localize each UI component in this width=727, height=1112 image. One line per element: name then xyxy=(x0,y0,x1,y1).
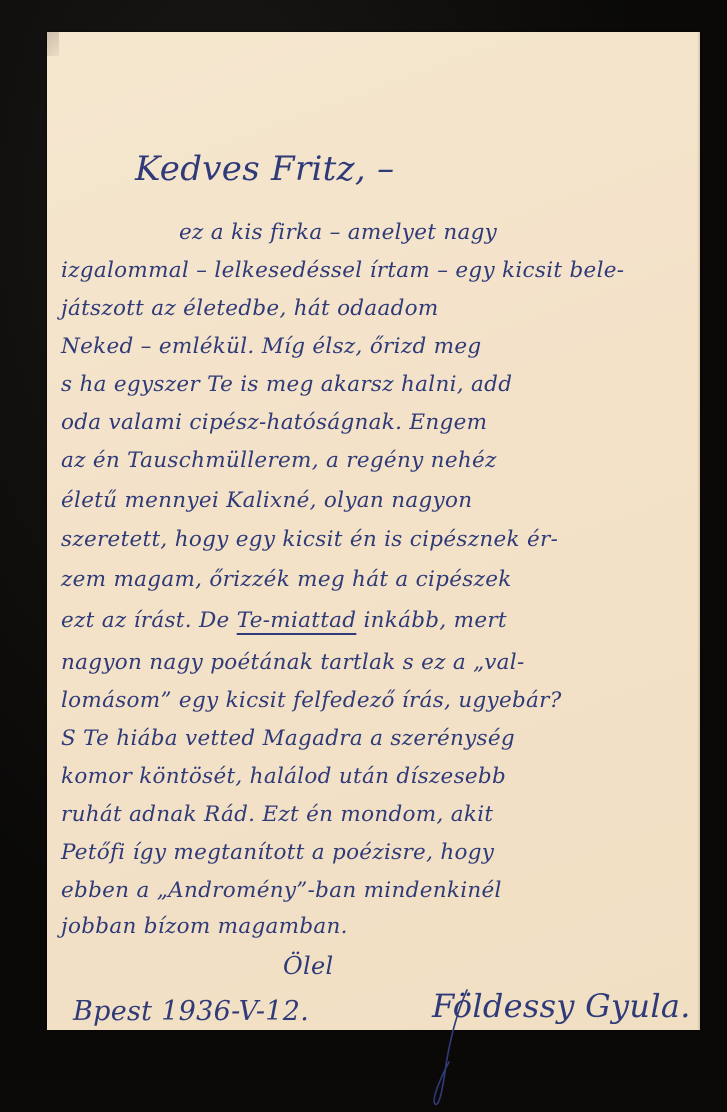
letter-line-text: S Te hiába vetted Magadra a szerénység xyxy=(61,726,515,751)
letter-line: szeretett, hogy egy kicsit én is cipészn… xyxy=(61,527,558,552)
letter-line-text: zem magam, őrizzék meg hát a cipészek xyxy=(61,567,512,592)
letter-line-text: ebben a „Andromény”-ban mindenkinél xyxy=(61,878,502,903)
letter-line-text: szeretett, hogy egy kicsit én is cipészn… xyxy=(61,527,558,552)
letter-line: életű mennyei Kalixné, olyan nagyon xyxy=(61,488,472,513)
letter-line: játszott az életedbe, hát odaadom xyxy=(61,296,439,321)
letter-line-text: játszott az életedbe, hát odaadom xyxy=(61,296,439,321)
letter-line: oda valami cipész-hatóságnak. Engem xyxy=(61,410,487,435)
letter-line: ruhát adnak Rád. Ezt én mondom, akit xyxy=(61,802,493,827)
letter-line: lomásom” egy kicsit felfedező írás, ugye… xyxy=(61,688,562,713)
letter-line: nagyon nagy poétának tartlak s ez a „val… xyxy=(61,650,525,675)
letter-line-text: Petőfi így megtanított a poézisre, hogy xyxy=(61,840,494,865)
letter-line: az én Tauschmüllerem, a regény nehéz xyxy=(61,448,497,473)
letter-line: Neked – emlékül. Míg élsz, őrizd meg xyxy=(61,334,481,359)
letter-line-text: lomásom” egy kicsit felfedező írás, ugye… xyxy=(61,688,562,713)
letter-line: zem magam, őrizzék meg hát a cipészek xyxy=(61,567,512,592)
letter-line-text: ez a kis firka – amelyet nagy xyxy=(179,220,497,245)
letter-line: ebben a „Andromény”-ban mindenkinél xyxy=(61,878,502,903)
place-date: Bpest 1936-V-12. xyxy=(73,996,309,1027)
letter-line: Petőfi így megtanított a poézisre, hogy xyxy=(61,840,494,865)
underlined-word: Te-miattad xyxy=(237,608,357,633)
letter-line-text: izgalommal – lelkesedéssel írtam – egy k… xyxy=(61,258,624,283)
signature: Földessy Gyula. xyxy=(432,987,691,1025)
letter-line-text: komor köntösét, halálod után díszesebb xyxy=(61,764,506,789)
letter-line-text: oda valami cipész-hatóságnak. Engem xyxy=(61,410,487,435)
closing: Ölel xyxy=(283,952,333,980)
letter-line-text: életű mennyei Kalixné, olyan nagyon xyxy=(61,488,472,513)
letter-line: komor köntösét, halálod után díszesebb xyxy=(61,764,506,789)
letter-line: izgalommal – lelkesedéssel írtam – egy k… xyxy=(61,258,624,283)
salutation: Kedves Fritz, – xyxy=(135,149,394,189)
letter-line-text: Neked – emlékül. Míg élsz, őrizd meg xyxy=(61,334,481,359)
letter-line-text: s ha egyszer Te is meg akarsz halni, add xyxy=(61,372,512,397)
letter-line-text: jobban bízom magamban. xyxy=(61,914,348,939)
letter-line-text: ruhát adnak Rád. Ezt én mondom, akit xyxy=(61,802,493,827)
letter-line-text: nagyon nagy poétának tartlak s ez a „val… xyxy=(61,650,525,675)
letter-line: ezt az írást. De Te-miattad inkább, mert xyxy=(61,608,507,633)
letter-line: jobban bízom magamban. xyxy=(61,914,348,939)
letter-line-text: az én Tauschmüllerem, a regény nehéz xyxy=(61,448,497,473)
letter-sheet: Kedves Fritz, – ez a kis firka – amelyet… xyxy=(47,32,700,1030)
letter-line: S Te hiába vetted Magadra a szerénység xyxy=(61,726,515,751)
letter-line: s ha egyszer Te is meg akarsz halni, add xyxy=(61,372,512,397)
letter-line: ez a kis firka – amelyet nagy xyxy=(179,220,497,245)
letter-line-text: ezt az írást. De Te-miattad inkább, mert xyxy=(61,608,507,633)
